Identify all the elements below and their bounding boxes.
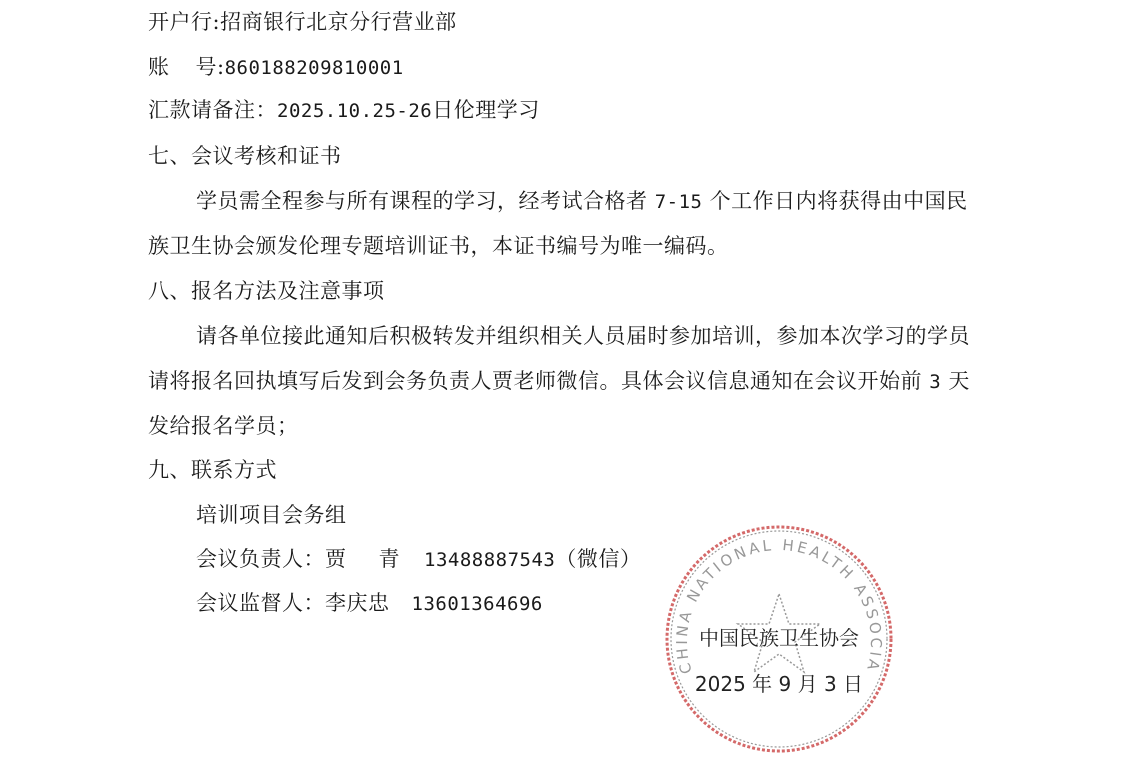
account-label-2: 号:	[196, 55, 225, 79]
remark-suffix: 日伦理学习	[432, 98, 540, 122]
section-heading-assessment: 七、会议考核和证书	[148, 142, 342, 170]
signature-organization: 中国民族卫生协会	[662, 622, 896, 651]
registration-para-line-3: 发给报名学员；	[148, 412, 299, 440]
lead-name-1: 贾	[325, 547, 347, 571]
registration-text-a: 请将报名回执填写后发到会务负责人贾老师微信。具体会议信息通知在会议开始前	[148, 369, 922, 393]
remark-value: 2025.10.25-26	[277, 100, 432, 122]
remark-label: 汇款请备注：	[148, 98, 277, 122]
registration-para-line-2: 请将报名回执填写后发到会务负责人贾老师微信。具体会议信息通知在会议开始前 3 天	[148, 367, 970, 396]
lead-name-2: 青	[379, 547, 401, 571]
account-label-1: 账	[148, 55, 170, 79]
seal-ring-text: CHINA NATIONAL HEALTH ASSOCIATION	[662, 522, 885, 676]
registration-para-line-1: 请各单位接此通知后积极转发并组织相关人员届时参加培训，参加本次学习的学员	[196, 322, 970, 350]
bank-label: 开户行:	[148, 10, 220, 34]
official-seal: CHINA NATIONAL HEALTH ASSOCIATION 中国民族卫生…	[662, 522, 896, 756]
supervisor-label: 会议监督人：	[196, 591, 325, 615]
signature-date: 2025 年 9 月 3 日	[662, 668, 896, 697]
bank-name-line: 开户行:招商银行北京分行营业部	[148, 8, 457, 36]
bank-name: 招商银行北京分行营业部	[220, 10, 457, 34]
supervisor-name: 李庆忠	[325, 591, 390, 615]
contact-supervisor-line: 会议监督人：李庆忠13601364696	[196, 589, 543, 618]
assessment-text-b: 个工作日内将获得由中国民	[710, 189, 968, 213]
account-line: 账号:860188209810001	[148, 53, 404, 82]
assessment-days: 7-15	[655, 191, 703, 213]
supervisor-phone: 13601364696	[412, 593, 543, 615]
lead-phone: 13488887543	[424, 549, 555, 571]
registration-days: 3	[929, 371, 941, 393]
contact-group: 培训项目会务组	[196, 501, 347, 529]
section-heading-registration: 八、报名方法及注意事项	[148, 277, 385, 305]
assessment-para-line-1: 学员需全程参与所有课程的学习，经考试合格者 7-15 个工作日内将获得由中国民	[196, 187, 968, 216]
assessment-para-line-2: 族卫生协会颁发伦理专题培训证书，本证书编号为唯一编码。	[148, 232, 729, 260]
contact-lead-line: 会议负责人：贾青13488887543（微信）	[196, 545, 641, 574]
svg-text:CHINA NATIONAL HEALTH ASSOCIAT: CHINA NATIONAL HEALTH ASSOCIATION	[662, 522, 885, 676]
section-heading-contact: 九、联系方式	[148, 456, 277, 484]
assessment-text-a: 学员需全程参与所有课程的学习，经考试合格者	[196, 189, 648, 213]
lead-note: （微信）	[555, 547, 641, 571]
remark-line: 汇款请备注：2025.10.25-26日伦理学习	[148, 96, 540, 125]
account-number: 860188209810001	[225, 57, 404, 79]
lead-label: 会议负责人：	[196, 547, 325, 571]
registration-text-b: 天	[948, 369, 970, 393]
